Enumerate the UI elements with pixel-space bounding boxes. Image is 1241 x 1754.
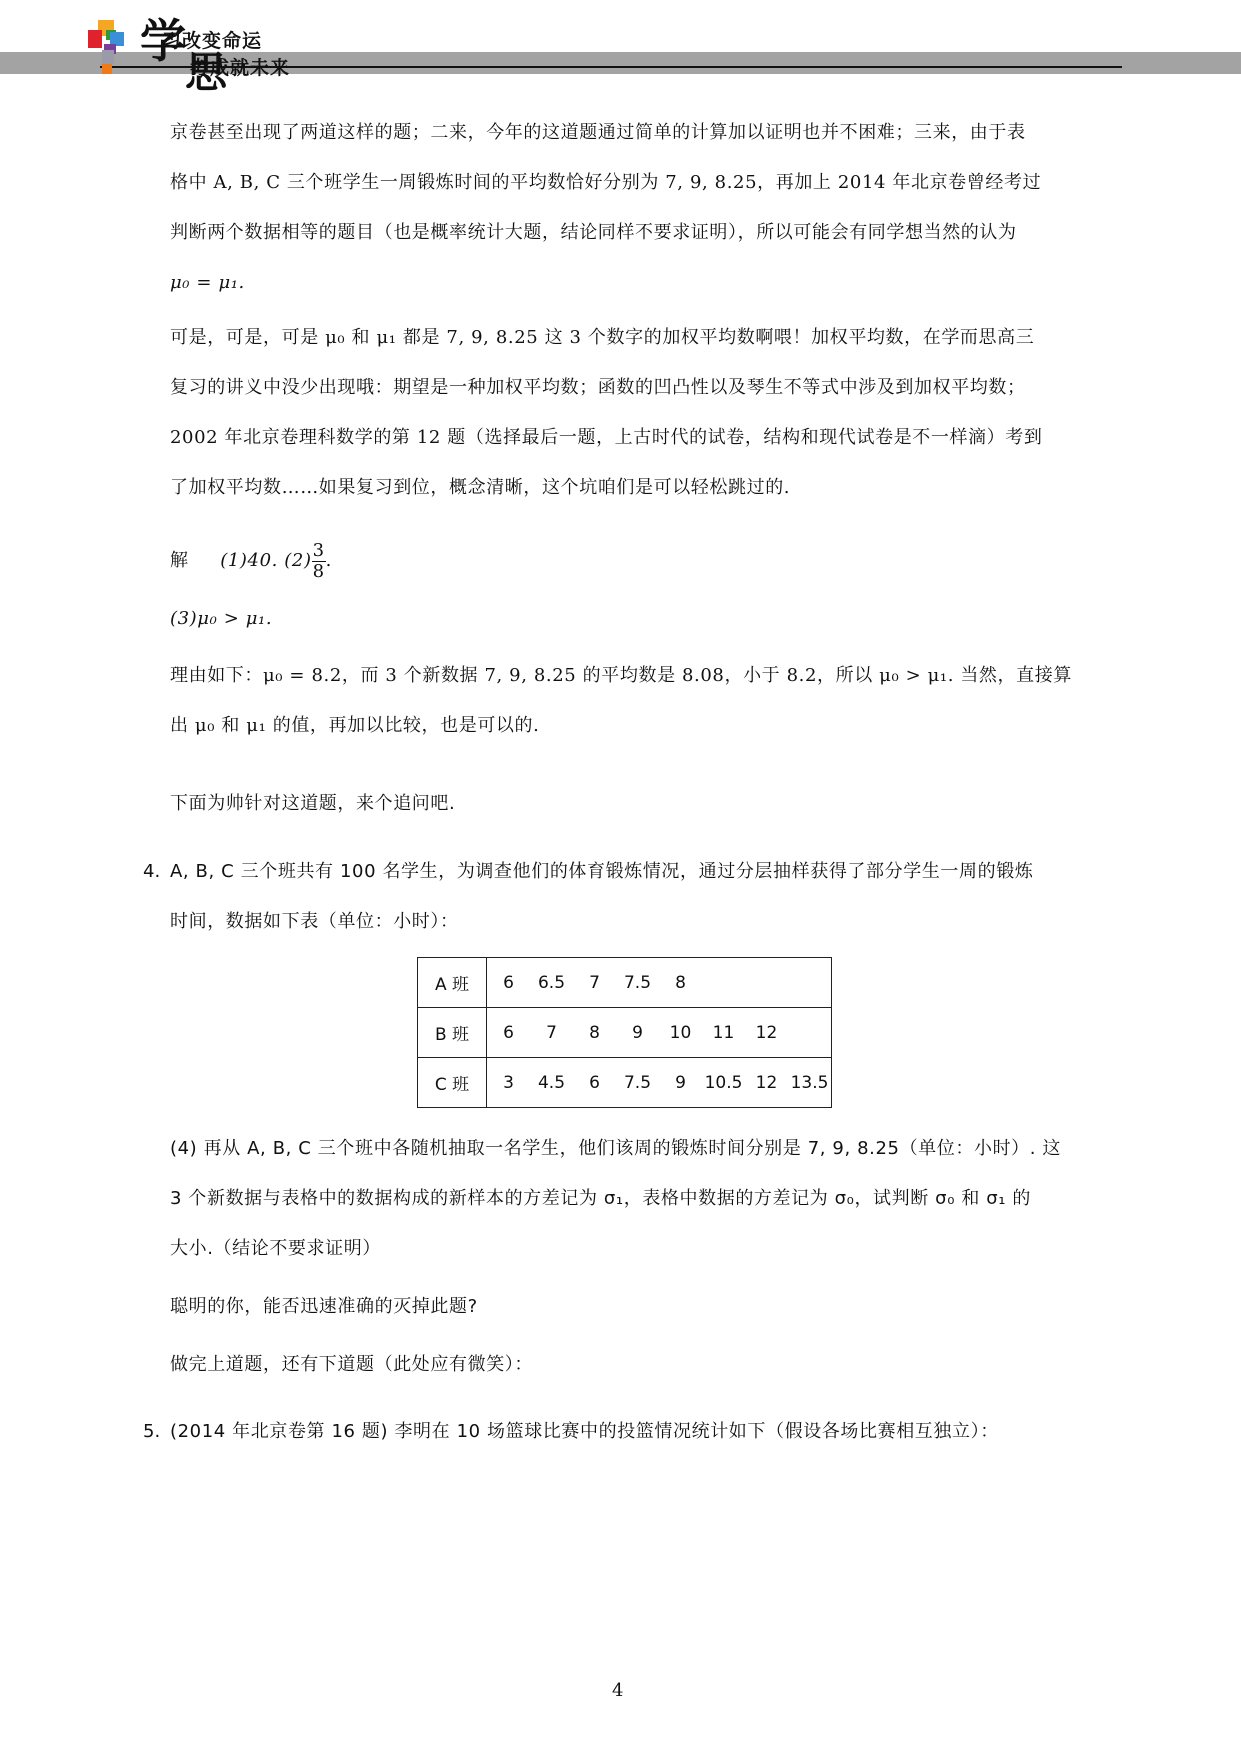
text-line: 京卷甚至出现了两道这样的题；二来，今年的这道题通过简单的计算加以证明也并不困难；…	[170, 108, 1125, 158]
math-line: (3)μ₀ > μ₁.	[170, 594, 1125, 644]
solution-part3: (3)μ₀ > μ₁.	[170, 594, 1125, 644]
prompt-challenge: 聪明的你，能否迅速准确的灭掉此题?	[170, 1282, 1125, 1332]
question-4-stem: A, B, C 三个班共有 100 名学生，为调查他们的体育锻炼情况，通过分层抽…	[170, 847, 1125, 947]
row-header: B 班	[418, 1008, 487, 1058]
solution-label: 解	[170, 550, 189, 571]
logo-icon	[88, 18, 136, 74]
solution-part1: (1)40.	[220, 550, 278, 571]
question-5-stem: (2014 年北京卷第 16 题) 李明在 10 场篮球比赛中的投篮情况统计如下…	[170, 1407, 1125, 1457]
text-line: 3 个新数据与表格中的数据构成的新样本的方差记为 σ₁，表格中数据的方差记为 σ…	[170, 1174, 1125, 1224]
text-line: 可是，可是，可是 μ₀ 和 μ₁ 都是 7, 9, 8.25 这 3 个数字的加…	[170, 313, 1125, 363]
paragraph-weighted-average: 可是，可是，可是 μ₀ 和 μ₁ 都是 7, 9, 8.25 这 3 个数字的加…	[170, 313, 1125, 513]
text-line: (4) 再从 A, B, C 三个班中各随机抽取一名学生，他们该周的锻炼时间分别…	[170, 1124, 1125, 1174]
reason-paragraph: 理由如下：μ₀ = 8.2，而 3 个新数据 7, 9, 8.25 的平均数是 …	[170, 651, 1125, 751]
fraction: 38	[312, 541, 326, 582]
exercise-time-table: A 班 6 6.5 7 7.5 8 B 班 6 7 8 9 10 11 12 C…	[417, 957, 832, 1108]
text-line: 理由如下：μ₀ = 8.2，而 3 个新数据 7, 9, 8.25 的平均数是 …	[170, 651, 1125, 701]
paragraph-intro: 京卷甚至出现了两道这样的题；二来，今年的这道题通过简单的计算加以证明也并不困难；…	[170, 108, 1125, 308]
text-line: 复习的讲义中没少出现哦：期望是一种加权平均数；函数的凹凸性以及琴生不等式中涉及到…	[170, 363, 1125, 413]
row-header: A 班	[418, 958, 487, 1008]
text-line: 大小.（结论不要求证明）	[170, 1224, 1125, 1274]
table-row: C 班 3 4.5 6 7.5 9 10.5 12 13.5	[418, 1058, 832, 1108]
page-number: 4	[612, 1680, 623, 1701]
prompt-next: 做完上道题，还有下道题（此处应有微笑）：	[170, 1340, 1125, 1390]
question-number: 4.	[143, 847, 160, 897]
text-line: 判断两个数据相等的题目（也是概率统计大题，结论同样不要求证明），所以可能会有同学…	[170, 208, 1125, 258]
followup-text: 下面为帅针对这道题，来个追问吧.	[170, 779, 1125, 829]
text-line: 2002 年北京卷理科数学的第 12 题（选择最后一题，上古时代的试卷，结构和现…	[170, 413, 1125, 463]
math-line: μ₀ = μ₁.	[170, 258, 1125, 308]
solution-line: 解 (1)40. (2)38.	[170, 536, 1125, 586]
table-row: B 班 6 7 8 9 10 11 12	[418, 1008, 832, 1058]
text-line: 格中 A, B, C 三个班学生一周锻炼时间的平均数恰好分别为 7, 9, 8.…	[170, 158, 1125, 208]
question-4-part4: (4) 再从 A, B, C 三个班中各随机抽取一名学生，他们该周的锻炼时间分别…	[170, 1124, 1125, 1274]
slogan-line-2: 考成就未来	[190, 53, 290, 80]
row-header: C 班	[418, 1058, 487, 1108]
question-number: 5.	[143, 1407, 160, 1457]
text-line: 了加权平均数……如果复习到位，概念清晰，这个坑咱们是可以轻松跳过的.	[170, 463, 1125, 513]
solution-block: 解 (1)40. (2)38.	[170, 536, 1125, 586]
text-line: A, B, C 三个班共有 100 名学生，为调查他们的体育锻炼情况，通过分层抽…	[170, 847, 1125, 897]
text-line: 时间，数据如下表（单位：小时）：	[170, 897, 1125, 947]
solution-part2-prefix: (2)	[284, 550, 311, 571]
table-row: A 班 6 6.5 7 7.5 8	[418, 958, 832, 1008]
text-line: 出 μ₀ 和 μ₁ 的值，再加以比较，也是可以的.	[170, 701, 1125, 751]
